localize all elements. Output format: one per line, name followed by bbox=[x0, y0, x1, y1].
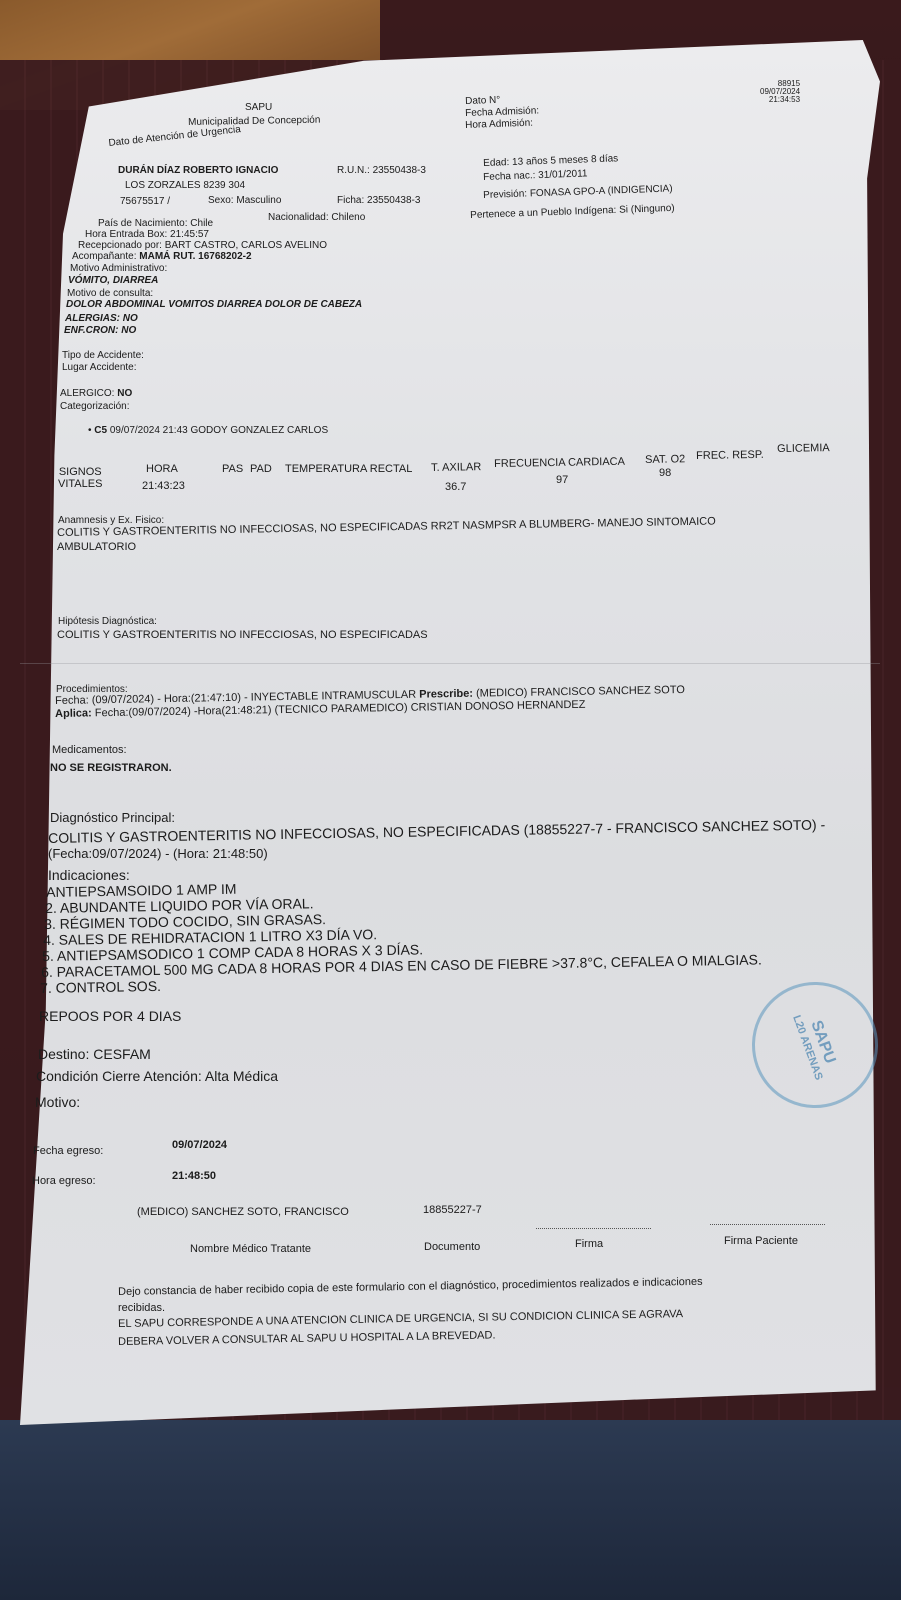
received-by-field: Recepcionado por: BART CASTRO, CARLOS AV… bbox=[78, 240, 327, 251]
discharge-time: 21:48:50 bbox=[172, 1170, 216, 1182]
vitals-label: SIGNOSVITALES bbox=[58, 466, 102, 490]
institution-name: SAPU bbox=[245, 102, 272, 113]
accident-type-label: Tipo de Accidente: bbox=[62, 350, 144, 361]
vitals-t-axilar-value: 36.7 bbox=[445, 481, 466, 493]
anamnesis-text-cont: AMBULATORIO bbox=[57, 541, 136, 553]
companion-field: Acompañante: MAMÁ RUT. 16768202-2 bbox=[72, 251, 252, 262]
box-entry-field: Hora Entrada Box: 21:45:57 bbox=[85, 229, 209, 240]
discharge-time-label: Hora egreso: bbox=[32, 1175, 96, 1187]
sex-field: Sexo: Masculino bbox=[208, 195, 281, 206]
run-field: R.U.N.: 23550438-3 bbox=[337, 165, 426, 176]
municipality-name: Municipalidad De Concepción bbox=[188, 115, 320, 128]
indications-label: Indicaciones: bbox=[48, 867, 130, 883]
document-label: Documento bbox=[424, 1241, 480, 1253]
medications-value: NO SE REGISTRARON. bbox=[50, 762, 172, 774]
treating-doctor-document: 18855227-7 bbox=[423, 1204, 482, 1216]
admin-reason: VÓMITO, DIARREA bbox=[68, 275, 158, 286]
receipt-statement-cont: recibidas. bbox=[118, 1302, 165, 1314]
anamnesis-label: Anamnesis y Ex. Fisico: bbox=[58, 515, 164, 526]
ficha-field: Ficha: 23550438-3 bbox=[337, 195, 420, 206]
allergic-field: ALERGICO: NO bbox=[60, 388, 132, 399]
patient-signature-line bbox=[710, 1224, 825, 1225]
medications-label: Medicamentos: bbox=[52, 744, 127, 756]
vitals-col-pad: PAD bbox=[250, 463, 272, 475]
birth-country-field: País de Nacimiento: Chile bbox=[98, 218, 213, 229]
vitals-col-hora: HORA bbox=[146, 463, 178, 475]
accident-place-label: Lugar Accidente: bbox=[62, 362, 137, 373]
vitals-hora-value: 21:43:23 bbox=[142, 480, 185, 492]
vitals-col-sat-o2: SAT. O2 bbox=[645, 453, 685, 466]
denim-background bbox=[0, 1420, 901, 1600]
vitals-col-glycemia: GLICEMIA bbox=[777, 442, 830, 455]
patient-signature-label: Firma Paciente bbox=[724, 1235, 798, 1247]
vitals-col-t-axilar: T. AXILAR bbox=[431, 461, 481, 474]
patient-address: LOS ZORZALES 8239 304 bbox=[125, 180, 245, 191]
stamp-time: 21:34:53 bbox=[760, 96, 800, 104]
hypothesis-text: COLITIS Y GASTROENTERITIS NO INFECCIOSAS… bbox=[57, 629, 428, 641]
vitals-sat-o2-value: 98 bbox=[659, 467, 671, 479]
indication-item: 7. CONTROL SOS. bbox=[40, 978, 161, 996]
main-diagnosis-datetime: (Fecha:09/07/2024) - (Hora: 21:48:50) bbox=[48, 846, 268, 861]
closure-condition-field: Condición Cierre Atención: Alta Médica bbox=[36, 1068, 278, 1084]
admin-reason-label: Motivo Administrativo: bbox=[70, 263, 167, 274]
vitals-col-resp-rate: FREC. RESP. bbox=[696, 449, 764, 462]
vitals-heart-rate-value: 97 bbox=[556, 474, 568, 486]
treating-doctor-name: (MEDICO) SANCHEZ SOTO, FRANCISCO bbox=[137, 1206, 349, 1218]
nationality-field: Nacionalidad: Chileno bbox=[268, 212, 365, 223]
vitals-col-heart-rate: FRECUENCIA CARDIACA bbox=[494, 456, 625, 470]
hypothesis-label: Hipótesis Diagnóstica: bbox=[58, 616, 157, 627]
discharge-date-label: Fecha egreso: bbox=[33, 1145, 103, 1157]
categorization-label: Categorización: bbox=[60, 401, 129, 412]
dato-label: Dato N° bbox=[465, 95, 500, 107]
main-diagnosis-label: Diagnóstico Principal: bbox=[50, 810, 175, 825]
treating-doctor-label: Nombre Médico Tratante bbox=[190, 1243, 311, 1255]
discharge-date: 09/07/2024 bbox=[172, 1139, 227, 1151]
patient-name: DURÁN DÍAZ ROBERTO IGNACIO bbox=[118, 165, 278, 176]
admission-stamp: 88915 09/07/2024 21:34:53 bbox=[760, 80, 800, 104]
consult-reason-label: Motivo de consulta: bbox=[67, 288, 153, 299]
allergies-field: ALERGIAS: NO bbox=[65, 313, 138, 324]
vitals-col-pas: PAS bbox=[222, 463, 243, 475]
destination-field: Destino: CESFAM bbox=[38, 1046, 151, 1062]
paper-fold-line bbox=[20, 663, 880, 664]
consult-reason: DOLOR ABDOMINAL VOMITOS DIARREA DOLOR DE… bbox=[66, 299, 362, 310]
categorization-item: • C5 09/07/2024 21:43 GODOY GONZALEZ CAR… bbox=[88, 425, 328, 436]
doctor-signature-line bbox=[536, 1228, 651, 1229]
signature-label: Firma bbox=[575, 1238, 603, 1250]
vitals-col-temp-rectal: TEMPERATURA RECTAL bbox=[285, 463, 412, 475]
indication-item: REPOOS POR 4 DIAS bbox=[39, 1008, 181, 1024]
closure-reason-label: Motivo: bbox=[35, 1094, 80, 1110]
patient-phone: 75675517 / bbox=[120, 196, 170, 207]
chronic-field: ENF.CRON: NO bbox=[64, 325, 136, 336]
